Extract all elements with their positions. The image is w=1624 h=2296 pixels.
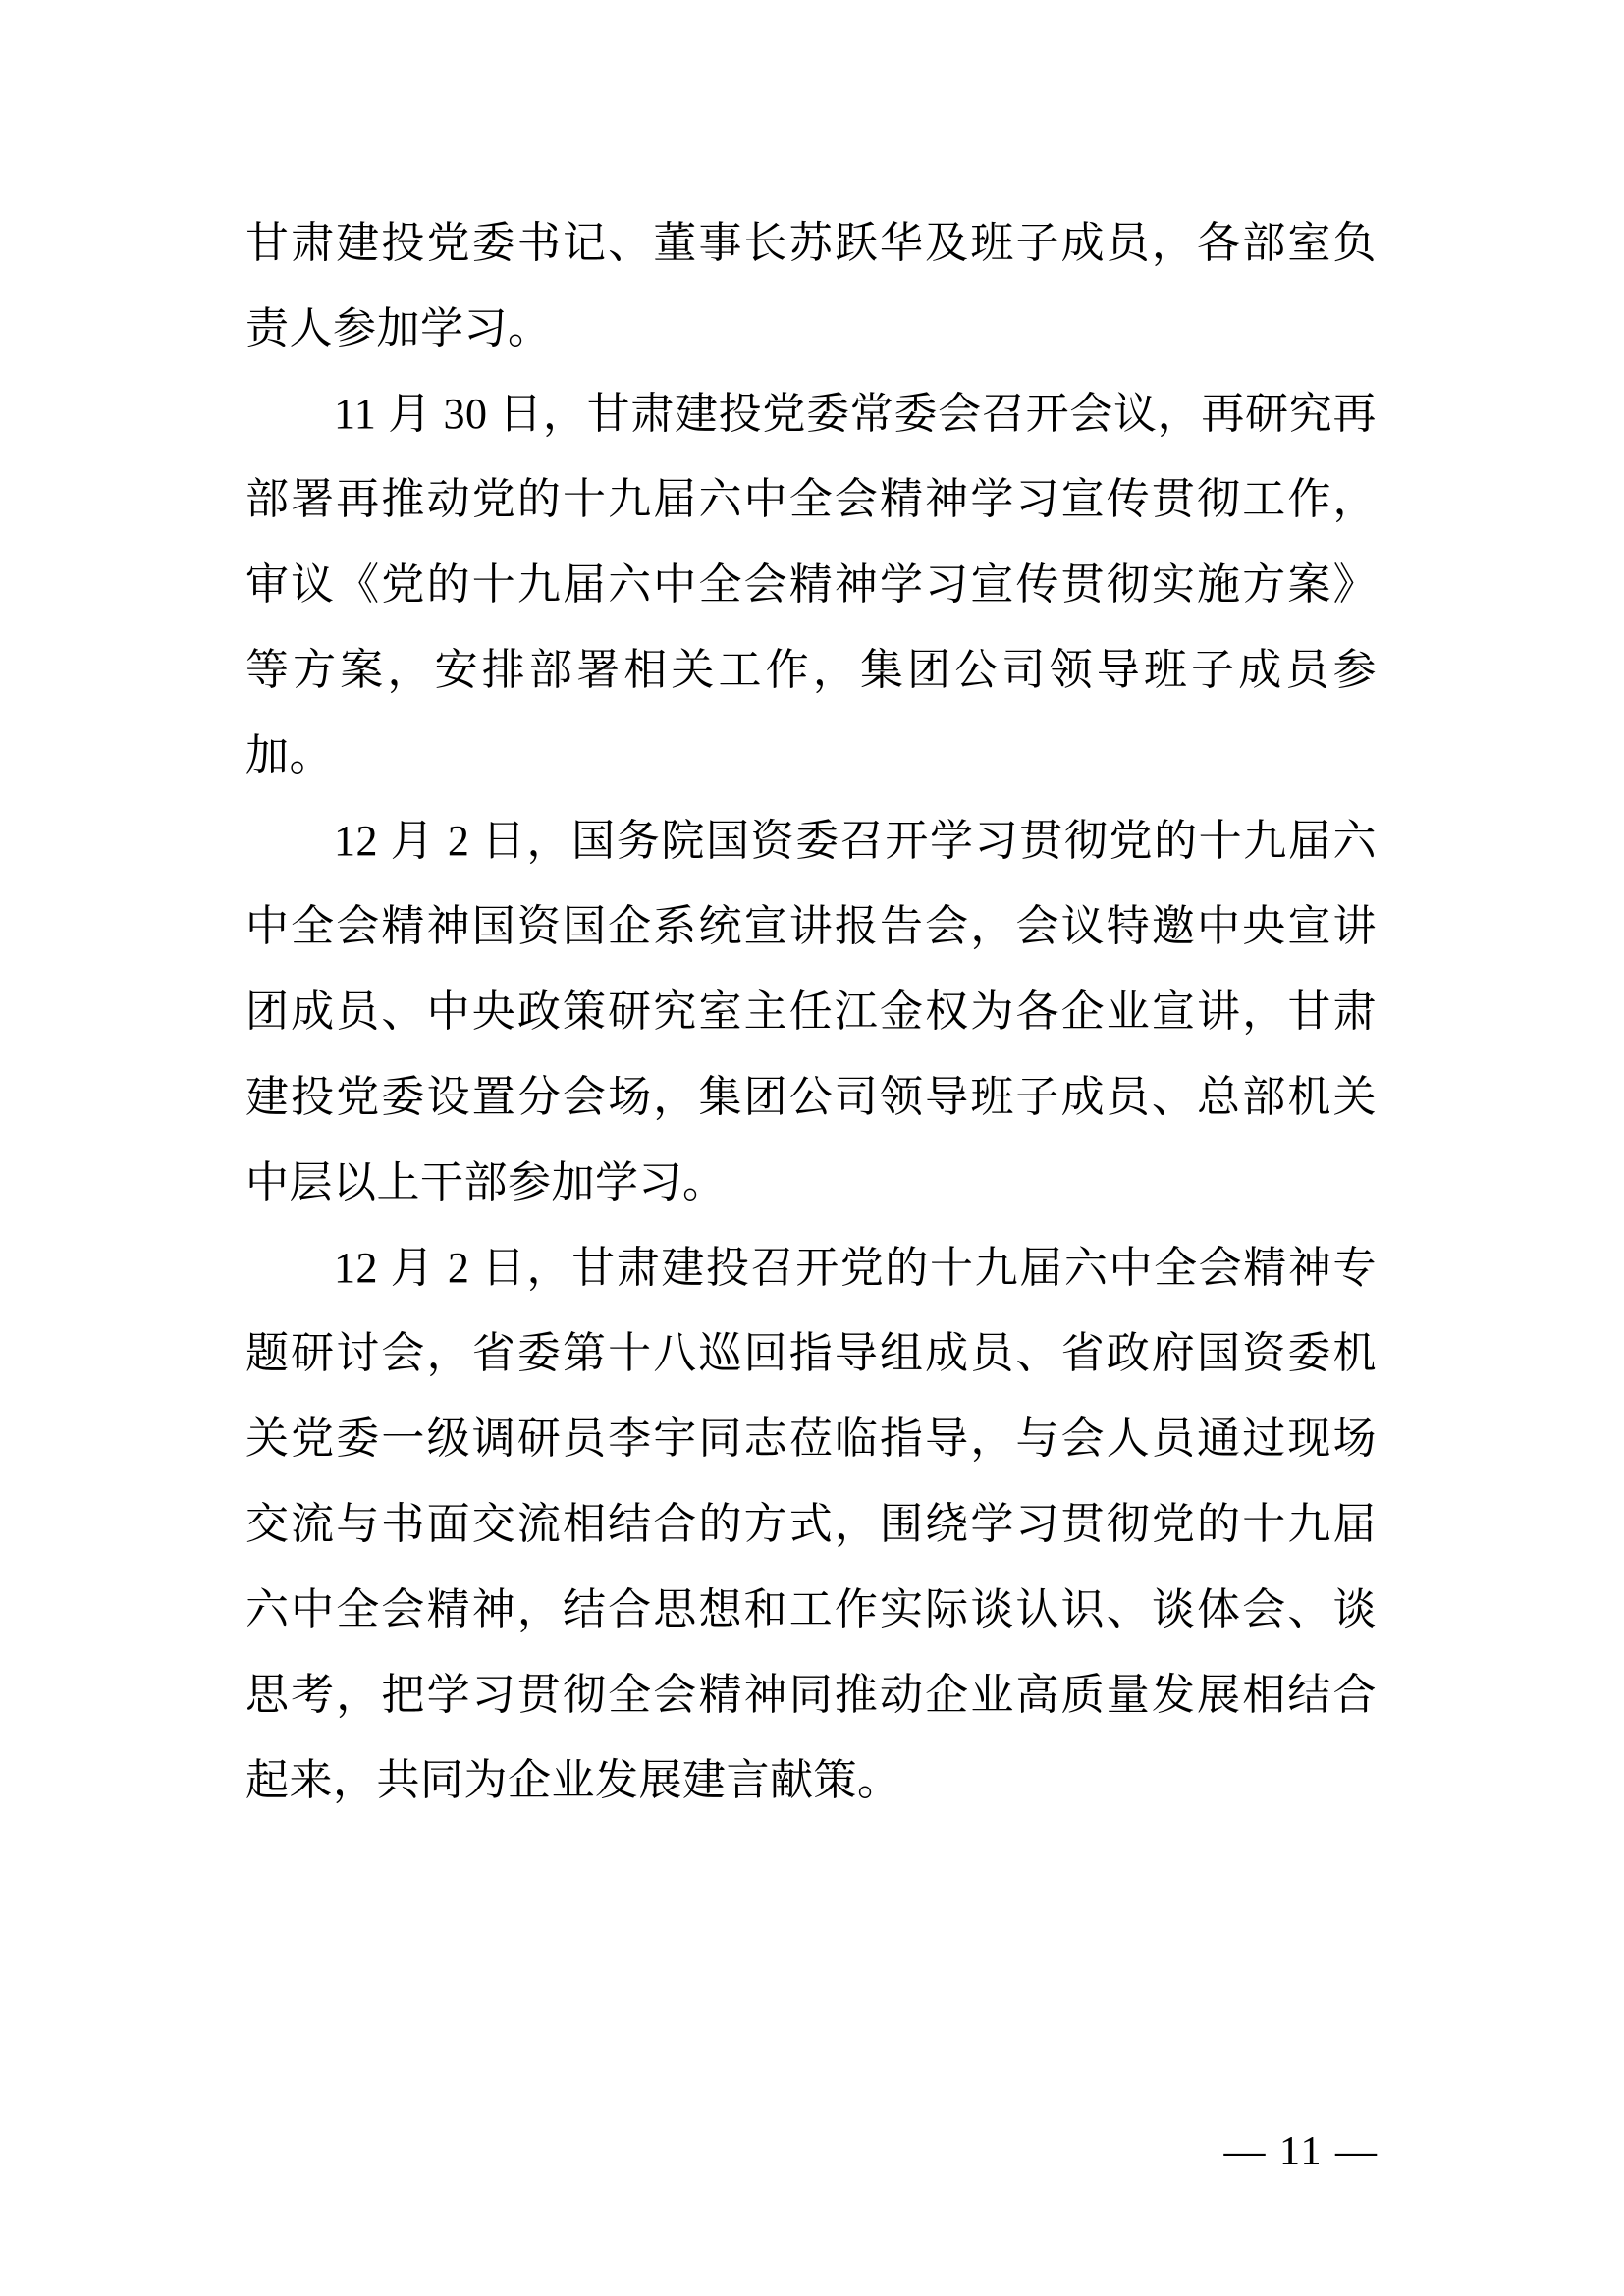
document-page: 甘肃建投党委书记、董事长苏跃华及班子成员，各部室负责人参加学习。 11 月 30… — [0, 0, 1624, 2296]
paragraph-3: 12 月 2 日，国务院国资委召开学习贯彻党的十九届六中全会精神国资国企系统宣讲… — [245, 798, 1377, 1225]
paragraph-4: 12 月 2 日，甘肃建投召开党的十九届六中全会精神专题研讨会，省委第十八巡回指… — [245, 1225, 1377, 1823]
paragraph-2: 11 月 30 日，甘肃建投党委常委会召开会议，再研究再部署再推动党的十九届六中… — [245, 371, 1377, 798]
document-body: 甘肃建投党委书记、董事长苏跃华及班子成员，各部室负责人参加学习。 11 月 30… — [245, 200, 1377, 1823]
paragraph-1: 甘肃建投党委书记、董事长苏跃华及班子成员，各部室负责人参加学习。 — [245, 200, 1377, 371]
page-number: — 11 — — [1224, 2122, 1379, 2181]
